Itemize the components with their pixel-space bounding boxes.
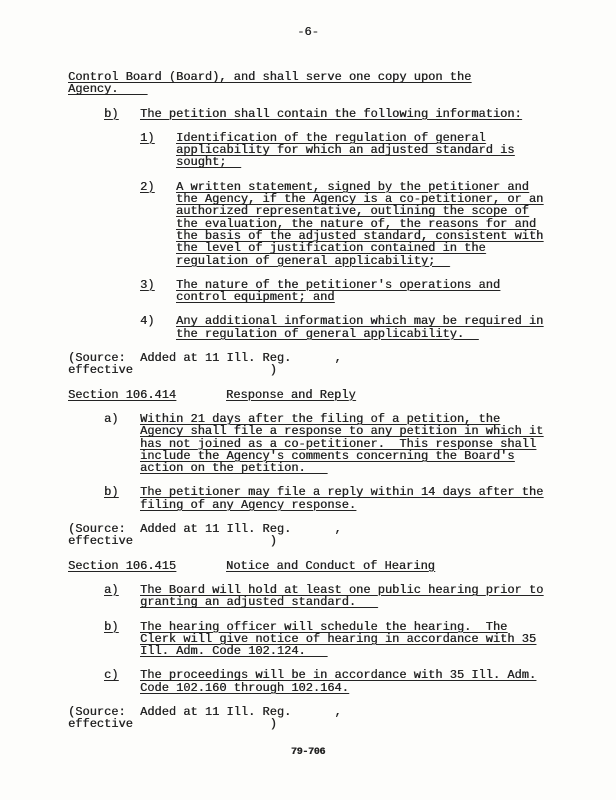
- list-item-marker: 4): [140, 315, 176, 327]
- list-item-text: The hearing officer will schedule the he…: [140, 621, 536, 658]
- list-item-415-a: a) The Board will hold at least one publ…: [68, 584, 568, 609]
- list-item-sub-2: 2) A written statement, signed by the pe…: [68, 181, 568, 267]
- section-heading-106-414: Section 106.414 Response and Reply: [68, 389, 568, 401]
- continuation-paragraph: Control Board (Board), and shall serve o…: [68, 71, 568, 96]
- list-item-text: The proceedings will be in accordance wi…: [140, 669, 536, 694]
- list-item-414-b: b) The petitioner may file a reply withi…: [68, 486, 568, 511]
- list-item-marker: 2): [140, 181, 176, 193]
- section-title: Notice and Conduct of Hearing: [226, 560, 435, 572]
- list-item-sub-4: 4) Any additional information which may …: [68, 315, 568, 340]
- footer-document-number: 79-706: [0, 747, 616, 759]
- list-item-sub-1: 1) Identification of the regulation of g…: [68, 132, 568, 169]
- list-item-text: Identification of the regulation of gene…: [176, 132, 514, 169]
- list-item-marker: 1): [140, 132, 176, 144]
- source-note: (Source: Added at 11 Ill. Reg. , effecti…: [68, 352, 568, 377]
- list-item-text: Any additional information which may be …: [176, 315, 543, 340]
- list-item-marker: b): [104, 486, 140, 498]
- list-item-414-a: a) Within 21 days after the filing of a …: [68, 413, 568, 474]
- list-item-text: The petition shall contain the following…: [140, 108, 522, 120]
- list-item-text: The nature of the petitioner's operation…: [176, 279, 500, 304]
- source-note: (Source: Added at 11 Ill. Reg. , effecti…: [68, 523, 568, 548]
- list-item-marker: b): [104, 108, 140, 120]
- list-item-415-c: c) The proceedings will be in accordance…: [68, 669, 568, 694]
- section-number: Section 106.415: [68, 560, 176, 572]
- document-body: Control Board (Board), and shall serve o…: [68, 71, 568, 743]
- page-number: -6-: [0, 26, 616, 38]
- list-item-marker: a): [104, 413, 140, 425]
- section-title: Response and Reply: [226, 389, 356, 401]
- list-item-text: Within 21 days after the filing of a pet…: [140, 413, 543, 474]
- list-item-marker: a): [104, 584, 140, 596]
- section-heading-106-415: Section 106.415 Notice and Conduct of He…: [68, 560, 568, 572]
- list-item-text: The Board will hold at least one public …: [140, 584, 543, 609]
- list-item-text: A written statement, signed by the petit…: [176, 181, 543, 267]
- list-item-sub-3: 3) The nature of the petitioner's operat…: [68, 279, 568, 304]
- document-page: -6- Control Board (Board), and shall ser…: [0, 0, 616, 800]
- list-item-petition-b: b) The petition shall contain the follow…: [68, 108, 568, 120]
- list-item-marker: 3): [140, 279, 176, 291]
- section-number: Section 106.414: [68, 389, 176, 401]
- list-item-text: The petitioner may file a reply within 1…: [140, 486, 543, 511]
- list-item-415-b: b) The hearing officer will schedule the…: [68, 621, 568, 658]
- list-item-marker: c): [104, 669, 140, 681]
- list-item-marker: b): [104, 621, 140, 633]
- source-note: (Source: Added at 11 Ill. Reg. , effecti…: [68, 706, 568, 731]
